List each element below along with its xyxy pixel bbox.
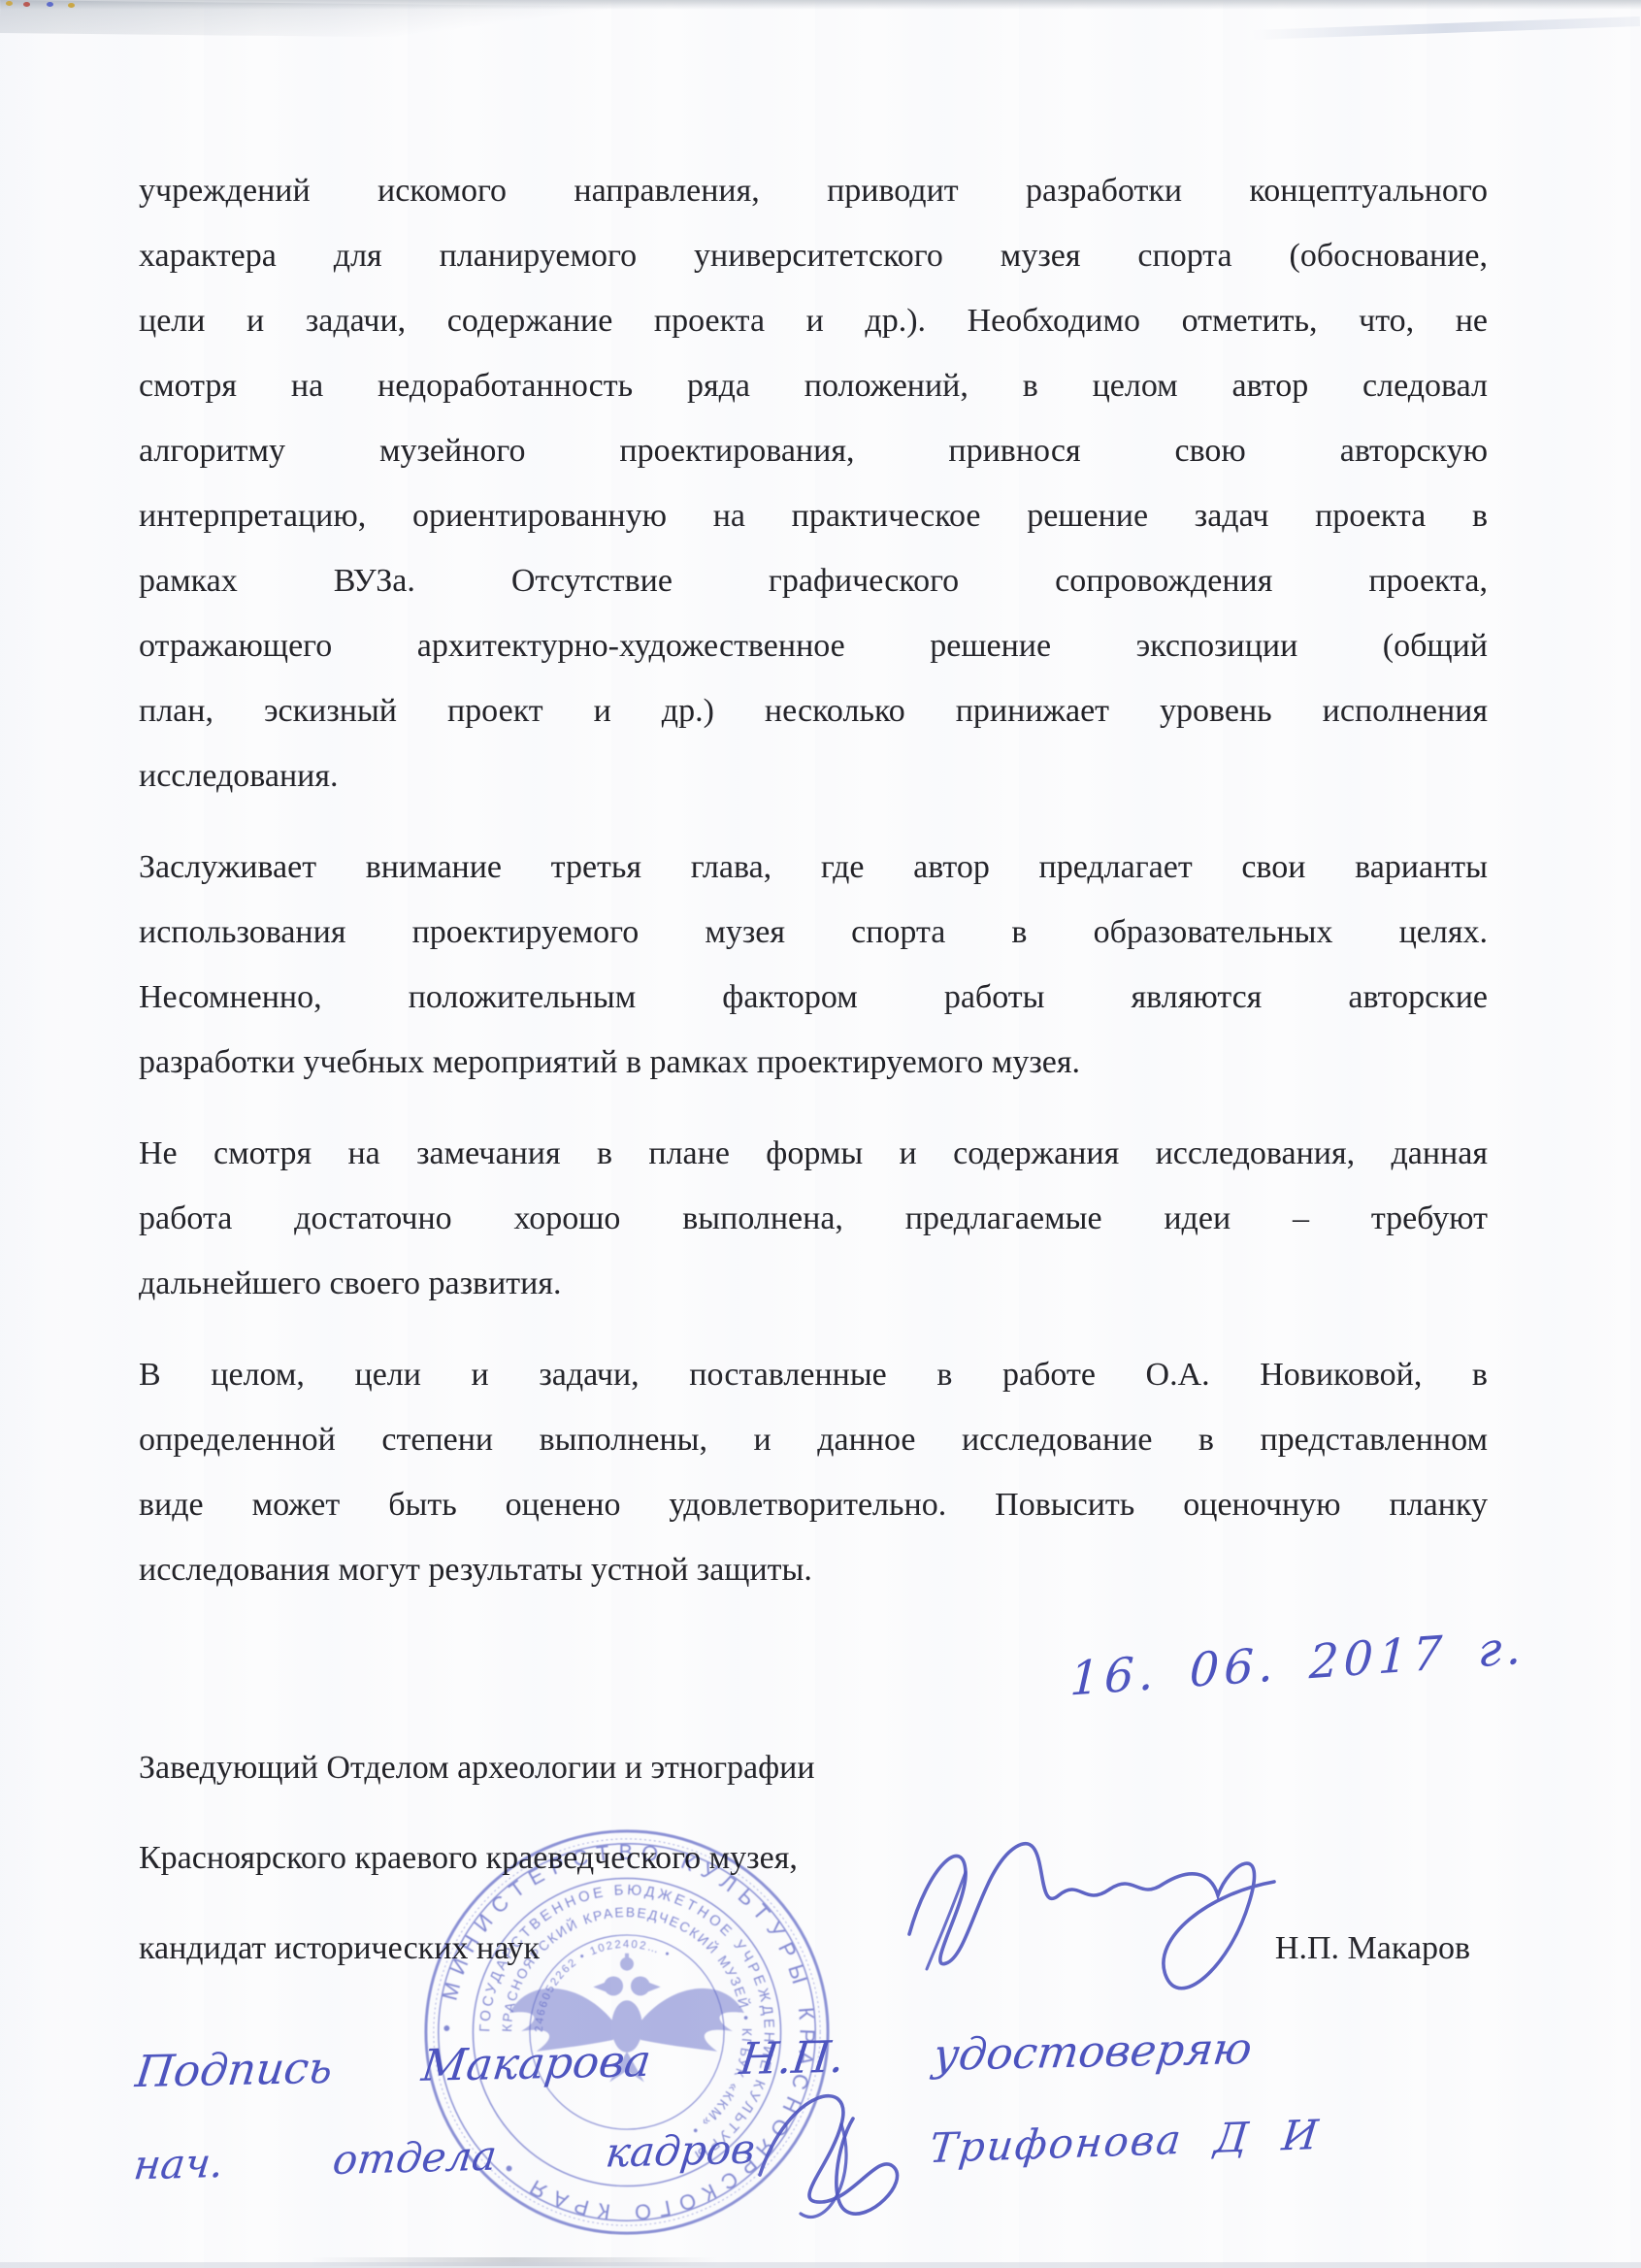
certification-word: удостоверяю [931, 2022, 1255, 2081]
certification-word: Макарова [419, 2035, 654, 2091]
text-line: дальнейшего своего развития. [139, 1251, 1488, 1316]
paragraph: В целом, цели и задачи, поставленные в р… [139, 1342, 1488, 1602]
paragraph: Не смотря на замечания в плане формы и с… [139, 1121, 1488, 1316]
paragraph: учреждений искомого направления, приводи… [139, 158, 1488, 808]
text-line: разработки учебных мероприятий в рамках … [139, 1030, 1488, 1095]
text-line: смотря на недоработанность ряда положени… [139, 353, 1488, 418]
text-line: исследования. [139, 743, 1488, 808]
scan-speck [23, 2, 30, 7]
certification-word: отдела [330, 2132, 499, 2185]
text-line: Заслуживает внимание третья глава, где а… [139, 835, 1488, 900]
certification-word: кадров [604, 2125, 758, 2177]
text-line: алгоритму музейного проектирования, прив… [139, 418, 1488, 483]
certification-word: Подпись [133, 2042, 336, 2097]
scan-edge-band [0, 0, 1641, 10]
certification-word: Н.П. [738, 2031, 847, 2085]
scan-speck [68, 3, 75, 8]
text-line: использования проектируемого музея спорт… [139, 900, 1488, 965]
text-line: план, эскизный проект и др.) несколько п… [139, 678, 1488, 743]
text-line: Несомненно, положительным фактором работ… [139, 965, 1488, 1030]
text-line: интерпретацию, ориентированную на практи… [139, 483, 1488, 548]
scan-shadow-wedge [0, 0, 738, 41]
scan-smudge [311, 2257, 718, 2266]
scan-edge-line [0, 2262, 1641, 2268]
text-line: характера для планируемого университетск… [139, 223, 1488, 288]
handwritten-date: 16. 06. 2017 г. [1069, 1620, 1527, 1706]
text-line: Не смотря на замечания в плане формы и с… [139, 1121, 1488, 1186]
text-line: исследования могут результаты устной защ… [139, 1537, 1488, 1602]
signoff-position-line1: Заведующий Отделом археологии и этнограф… [139, 1735, 815, 1800]
document-page: учреждений искомого направления, приводи… [0, 0, 1641, 2268]
makarov-signature [888, 1779, 1315, 2021]
text-line: цели и задачи, содержание проекта и др.)… [139, 288, 1488, 353]
scan-speck [47, 2, 53, 7]
certification-word: нач. [131, 2139, 226, 2189]
body-text: учреждений искомого направления, приводи… [139, 158, 1488, 1602]
text-line: определенной степени выполнены, и данное… [139, 1407, 1488, 1472]
text-line: учреждений искомого направления, приводи… [139, 158, 1488, 223]
paragraph: Заслуживает внимание третья глава, где а… [139, 835, 1488, 1095]
text-line: рамках ВУЗа. Отсутствие графического соп… [139, 548, 1488, 613]
text-line: виде может быть оценено удовлетворительн… [139, 1472, 1488, 1537]
text-line: В целом, цели и задачи, поставленные в р… [139, 1342, 1488, 1407]
scan-speck [6, 1, 13, 6]
scan-streak [1252, 16, 1640, 40]
certification-line2-right: Трифонова Д И [928, 2111, 1323, 2172]
text-line: отражающего архитектурно-художественное … [139, 613, 1488, 678]
text-line: работа достаточно хорошо выполнена, пред… [139, 1186, 1488, 1251]
